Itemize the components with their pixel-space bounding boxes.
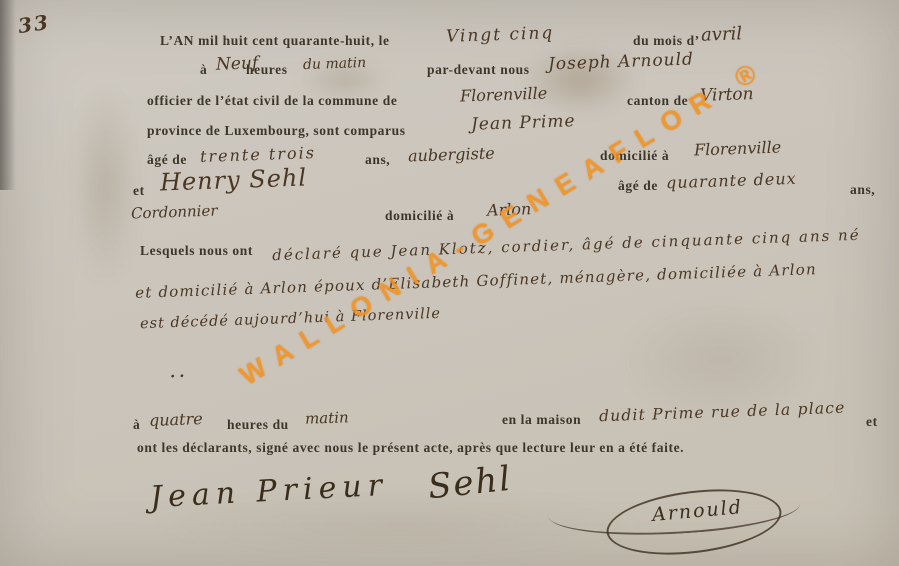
- handwritten-death-place: dudit Prime rue de la place: [599, 399, 846, 426]
- handwritten-officer-name: Joseph Arnould: [548, 49, 695, 74]
- stray-ink-marks: ..: [170, 363, 189, 382]
- handwritten-day: Vingt cinq: [446, 23, 555, 47]
- handwritten-declarant2-residence: Arlon: [487, 199, 532, 220]
- printed-before-us: par-devant nous: [427, 62, 530, 78]
- printed-at: à: [200, 62, 207, 78]
- handwritten-du-matin: du matin: [303, 55, 367, 73]
- signature-declarant2: Sehl: [426, 459, 514, 508]
- printed-hours-of: heures du: [227, 417, 289, 433]
- handwritten-declarant2-occupation: Cordonnier: [131, 201, 218, 222]
- act-number: 33: [16, 10, 51, 38]
- handwritten-commune: Florenville: [460, 83, 548, 105]
- printed-civil-officer-line: officier de l’état civil de la commune d…: [147, 93, 397, 109]
- printed-month-label: du mois d’: [633, 33, 700, 49]
- printed-canton-label: canton de: [627, 93, 688, 109]
- page-edge-shadow: [0, 0, 16, 190]
- handwritten-month: avril: [701, 23, 743, 45]
- ink-bleedthrough-stain: [70, 85, 140, 285]
- death-record-scan: 33 L’AN mil huit cent quarante-huit, le …: [0, 0, 899, 566]
- printed-in-house: en la maison: [502, 412, 581, 428]
- printed-years-label2: ans,: [850, 182, 875, 198]
- printed-closing-line: ont les déclarants, signé avec nous le p…: [137, 440, 684, 456]
- handwritten-declarant1-name: Jean Prime: [471, 111, 576, 135]
- printed-aged-label2: âgé de: [618, 178, 658, 194]
- handwritten-declaration-line1: déclaré que Jean Klotz, cordier, âgé de …: [272, 226, 861, 265]
- handwritten-declarant1-occupation: aubergiste: [408, 143, 495, 165]
- handwritten-death-hour: quatre: [149, 409, 203, 430]
- handwritten-declaration-line2: et domicilié à Arlon époux d’Elisabeth G…: [135, 260, 817, 302]
- handwritten-declarant1-residence: Florenville: [694, 137, 782, 159]
- printed-aged-label: âgé de: [147, 152, 187, 168]
- printed-at2: à: [133, 417, 140, 433]
- printed-province-line: province de Luxembourg, sont comparus: [147, 123, 406, 139]
- printed-hours: heures: [246, 62, 288, 78]
- printed-domiciled-label: domicilié à: [600, 148, 669, 164]
- printed-and-label: et: [133, 183, 145, 199]
- handwritten-declarant1-age: trente trois: [200, 143, 316, 166]
- handwritten-declarant2-age: quarante deux: [666, 169, 797, 193]
- handwritten-canton: Virton: [700, 84, 754, 106]
- handwritten-matin: matin: [305, 408, 349, 428]
- handwritten-declarant2-name: Henry Sehl: [160, 163, 308, 196]
- handwritten-declaration-line3: est décédé aujourd’hui à Florenville: [140, 306, 441, 332]
- signature-declarant1: Jean Prieur: [149, 468, 389, 515]
- printed-year-line: L’AN mil huit cent quarante-huit, le: [160, 33, 390, 49]
- printed-and-label2: et: [866, 414, 878, 430]
- printed-years-label: ans,: [365, 152, 390, 168]
- printed-domiciled-label2: domicilié à: [385, 208, 454, 224]
- printed-declaration-lead: Lesquels nous ont: [140, 243, 253, 259]
